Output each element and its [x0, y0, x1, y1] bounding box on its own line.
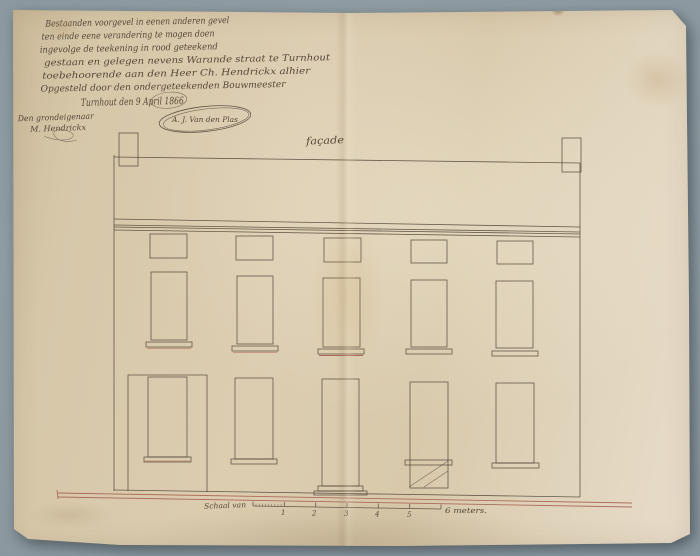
scan-backdrop: Bestaanden voorgevel in eenen anderen ge… — [0, 0, 700, 556]
paper-sheet-wrap: Bestaanden voorgevel in eenen anderen ge… — [0, 0, 700, 556]
paper-sheet: Bestaanden voorgevel in eenen anderen ge… — [0, 0, 700, 556]
paper-edge-shading — [0, 0, 700, 556]
